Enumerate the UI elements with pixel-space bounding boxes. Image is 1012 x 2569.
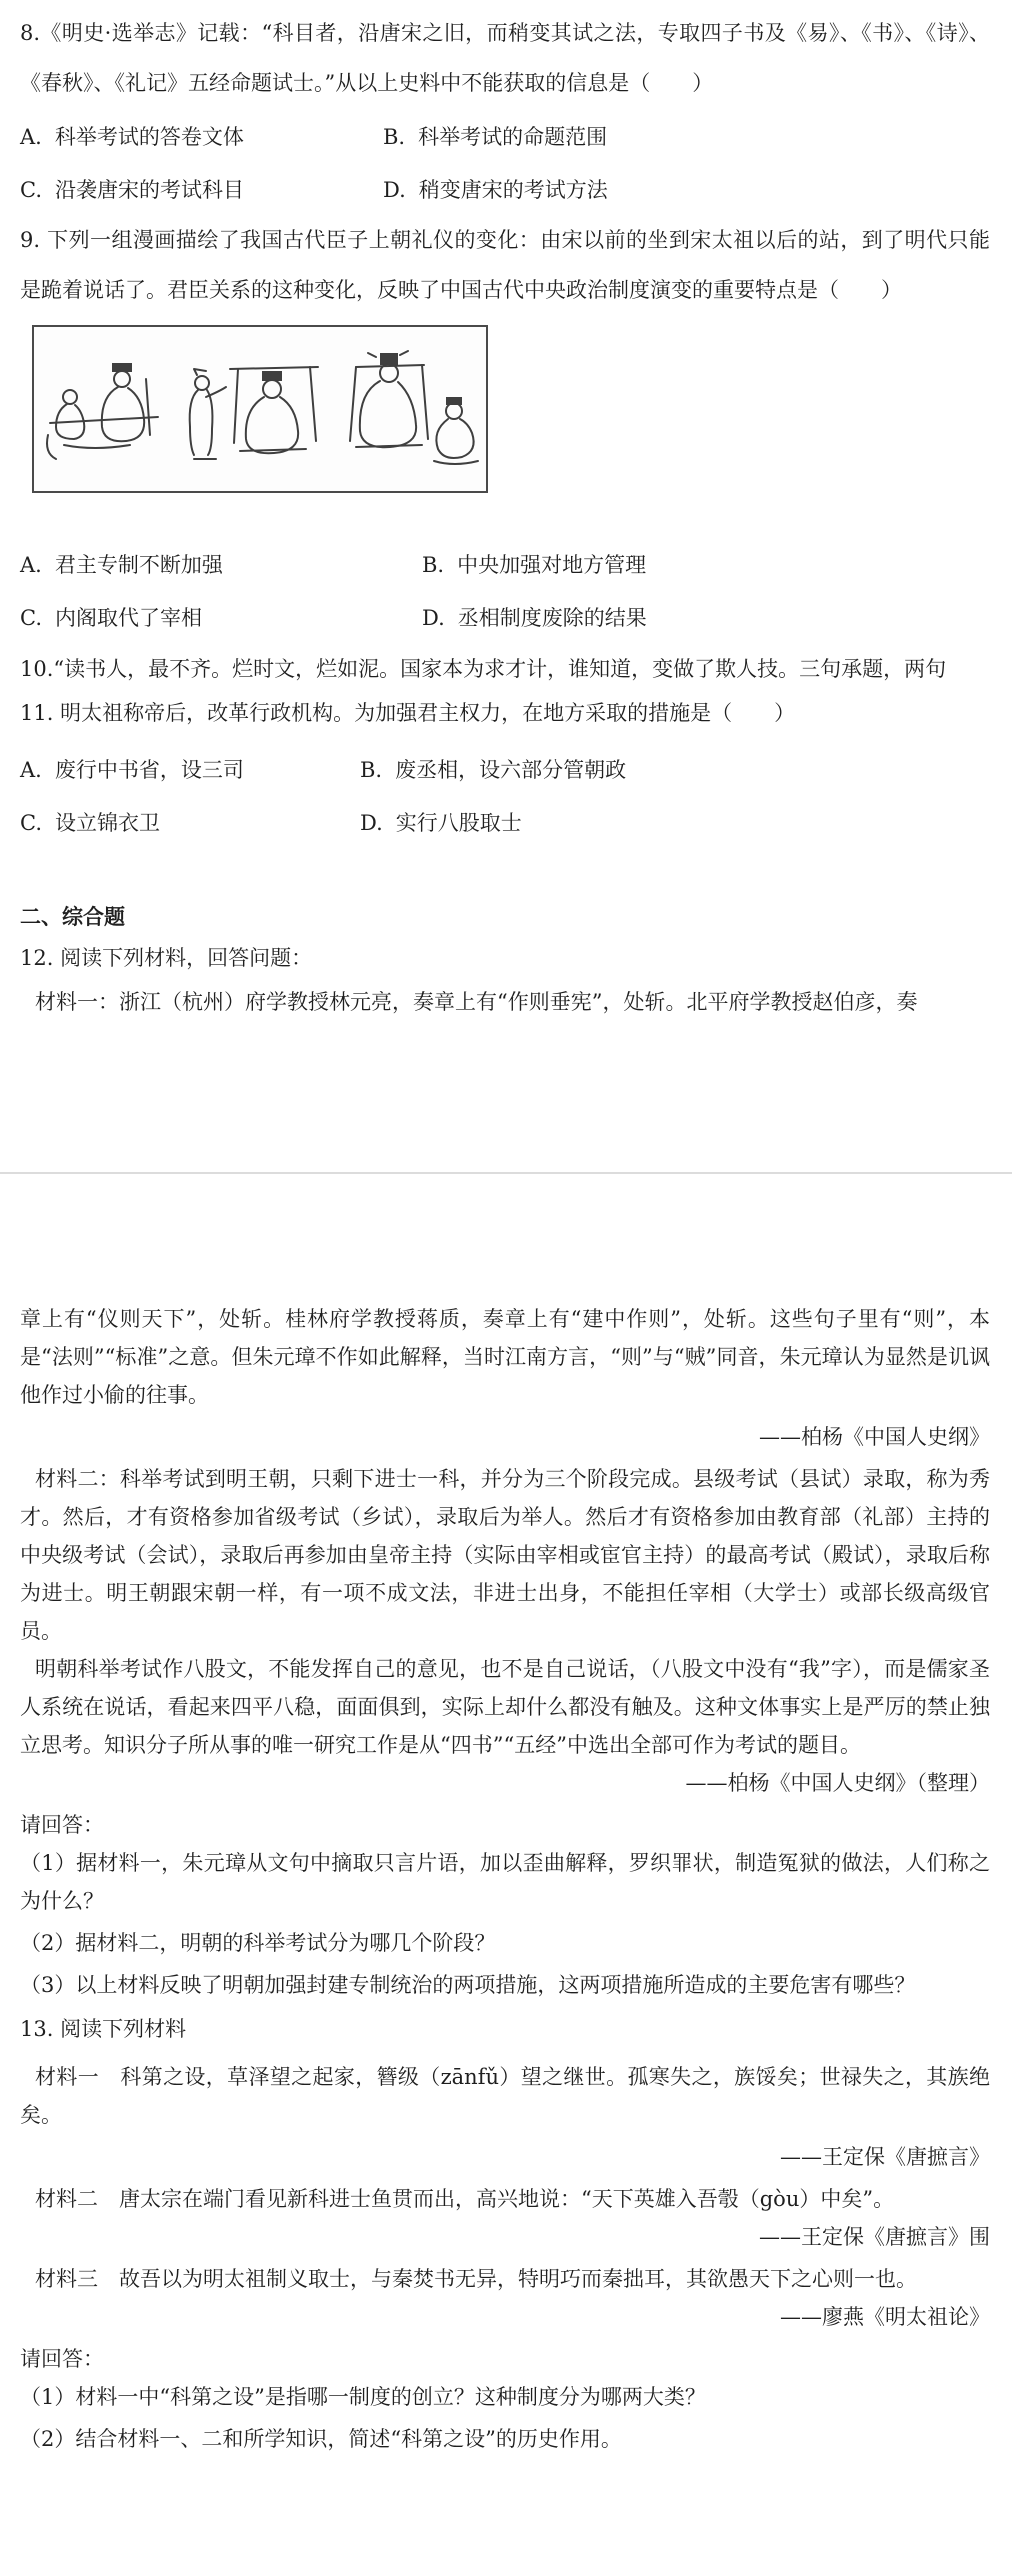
option-text: 设立锦衣卫 xyxy=(55,798,160,848)
option-text: 科举考试的答卷文体 xyxy=(55,112,244,162)
question-11-option-c: C.设立锦衣卫 xyxy=(20,798,360,848)
question-12-sub-3: （3）以上材料反映了明朝加强封建专制统治的两项措施，这两项措施所造成的主要危害有… xyxy=(20,1966,990,2004)
option-text: 实行八股取士 xyxy=(396,798,522,848)
question-13-material-3-source: ——廖燕《明太祖论》 xyxy=(20,2298,990,2336)
cartoon-drawing xyxy=(34,327,486,491)
question-13-ask: 请回答： xyxy=(20,2340,990,2378)
question-13-material-2-source: ——王定保《唐摭言》围 xyxy=(20,2218,990,2256)
question-11-options-row-1: A.废行中书省，设三司 B.废丞相，设六部分管朝政 xyxy=(20,745,990,795)
question-9-options-row-1: A.君主专制不断加强 B.中央加强对地方管理 xyxy=(20,540,990,590)
question-12-material-1-part-1: 材料一：浙江（杭州）府学教授林元亮，奏章上有“作则垂宪”，处斩。北平府学教授赵伯… xyxy=(20,982,990,1022)
question-12-material-1-source: ——柏杨《中国人史纲》 xyxy=(20,1418,990,1456)
option-label: D. xyxy=(360,798,383,848)
option-label: C. xyxy=(20,165,42,215)
question-11-option-a: A.废行中书省，设三司 xyxy=(20,745,360,795)
question-13-material-1: 材料一 科第之设，草泽望之起家，簪级（zānfǔ）望之继世。孤寒失之，族馁矣；世… xyxy=(20,2058,990,2134)
exam-document: 8.《明史·选举志》记载：“科目者，沿唐宋之旧，而稍变其试之法，专取四子书及《易… xyxy=(0,0,1012,2458)
page-break-line xyxy=(0,1172,1012,1174)
option-label: A. xyxy=(20,112,42,162)
option-text: 稍变唐宋的考试方法 xyxy=(419,165,608,215)
question-12-ask: 请回答： xyxy=(20,1806,990,1844)
question-12-material-2-paragraph-2: 明朝科举考试作八股文，不能发挥自己的意见，也不是自己说话，（八股文中没有“我”字… xyxy=(20,1650,990,1764)
option-label: B. xyxy=(383,112,405,162)
option-text: 君主专制不断加强 xyxy=(55,540,223,590)
option-label: D. xyxy=(422,593,445,643)
question-12-material-1-part-2: 章上有“仪则天下”，处斩。桂林府学教授蒋质，奏章上有“建中作则”，处斩。这些句子… xyxy=(20,1300,990,1414)
question-8-text: 8.《明史·选举志》记载：“科目者，沿唐宋之旧，而稍变其试之法，专取四子书及《易… xyxy=(20,8,990,108)
question-12-intro: 12. 阅读下列材料，回答问题： xyxy=(20,938,990,978)
exam-paper-page: { "colors": {"page_background": "#ffffff… xyxy=(0,0,1012,2569)
question-8-option-a: A.科举考试的答卷文体 xyxy=(20,112,383,162)
question-11-option-b: B.废丞相，设六部分管朝政 xyxy=(360,745,626,795)
question-8-options-row-2: C.沿袭唐宋的考试科目 D.稍变唐宋的考试方法 xyxy=(20,165,990,215)
question-9-option-d: D.丞相制度废除的结果 xyxy=(422,593,647,643)
question-8-option-c: C.沿袭唐宋的考试科目 xyxy=(20,165,383,215)
question-13-sub-2: （2）结合材料一、二和所学知识，简述“科第之设”的历史作用。 xyxy=(20,2420,990,2458)
question-11-option-d: D.实行八股取士 xyxy=(360,798,522,848)
option-text: 废行中书省，设三司 xyxy=(55,745,244,795)
question-13-material-2: 材料二 唐太宗在端门看见新科进士鱼贯而出，高兴地说：“天下英雄入吾彀（gòu）中… xyxy=(20,2180,990,2218)
option-label: A. xyxy=(20,745,42,795)
question-11-options-row-2: C.设立锦衣卫 D.实行八股取士 xyxy=(20,798,990,848)
question-8-options-row-1: A.科举考试的答卷文体 B.科举考试的命题范围 xyxy=(20,112,990,162)
question-10-text: 10.“读书人，最不齐。烂时文，烂如泥。国家本为求才计，谁知道，变做了欺人技。三… xyxy=(20,647,990,691)
option-text: 丞相制度废除的结果 xyxy=(458,593,647,643)
question-13-intro: 13. 阅读下列材料 xyxy=(20,2010,990,2048)
option-label: C. xyxy=(20,593,42,643)
option-label: A. xyxy=(20,540,42,590)
question-12-material-2-source: ——柏杨《中国人史纲》（整理） xyxy=(20,1764,990,1802)
option-text: 中央加强对地方管理 xyxy=(457,540,646,590)
question-11-text: 11. 明太祖称帝后，改革行政机构。为加强君主权力，在地方采取的措施是（ ） xyxy=(20,691,990,735)
question-9-option-c: C.内阁取代了宰相 xyxy=(20,593,422,643)
question-9-text: 9. 下列一组漫画描绘了我国古代臣子上朝礼仪的变化：由宋以前的坐到宋太祖以后的站… xyxy=(20,215,990,315)
section-2-header: 二、综合题 xyxy=(20,897,990,937)
question-8-option-b: B.科举考试的命题范围 xyxy=(383,112,607,162)
question-8-option-d: D.稍变唐宋的考试方法 xyxy=(383,165,608,215)
option-label: B. xyxy=(422,540,444,590)
option-label: D. xyxy=(383,165,406,215)
question-13-sub-1: （1）材料一中“科第之设”是指哪一制度的创立？这种制度分为哪两大类？ xyxy=(20,2378,990,2416)
question-9-options-row-2: C.内阁取代了宰相 D.丞相制度废除的结果 xyxy=(20,593,990,643)
court-etiquette-cartoon-image xyxy=(32,325,488,493)
question-12-material-2-paragraph-1: 材料二：科举考试到明王朝，只剩下进士一科，并分为三个阶段完成。县级考试（县试）录… xyxy=(20,1460,990,1650)
question-13-material-3: 材料三 故吾以为明太祖制义取士，与秦焚书无异，特明巧而秦拙耳，其欲愚天下之心则一… xyxy=(20,2260,990,2298)
question-12-sub-2: （2）据材料二，明朝的科举考试分为哪几个阶段？ xyxy=(20,1924,990,1962)
question-13-material-1-source: ——王定保《唐摭言》 xyxy=(20,2138,990,2176)
question-12-sub-1: （1）据材料一，朱元璋从文句中摘取只言片语，加以歪曲解释，罗织罪状，制造冤狱的做… xyxy=(20,1844,990,1920)
option-label: B. xyxy=(360,745,382,795)
option-label: C. xyxy=(20,798,42,848)
question-9-option-a: A.君主专制不断加强 xyxy=(20,540,422,590)
option-text: 废丞相，设六部分管朝政 xyxy=(395,745,626,795)
option-text: 科举考试的命题范围 xyxy=(418,112,607,162)
option-text: 沿袭唐宋的考试科目 xyxy=(55,165,244,215)
question-9-option-b: B.中央加强对地方管理 xyxy=(422,540,646,590)
option-text: 内阁取代了宰相 xyxy=(55,593,202,643)
